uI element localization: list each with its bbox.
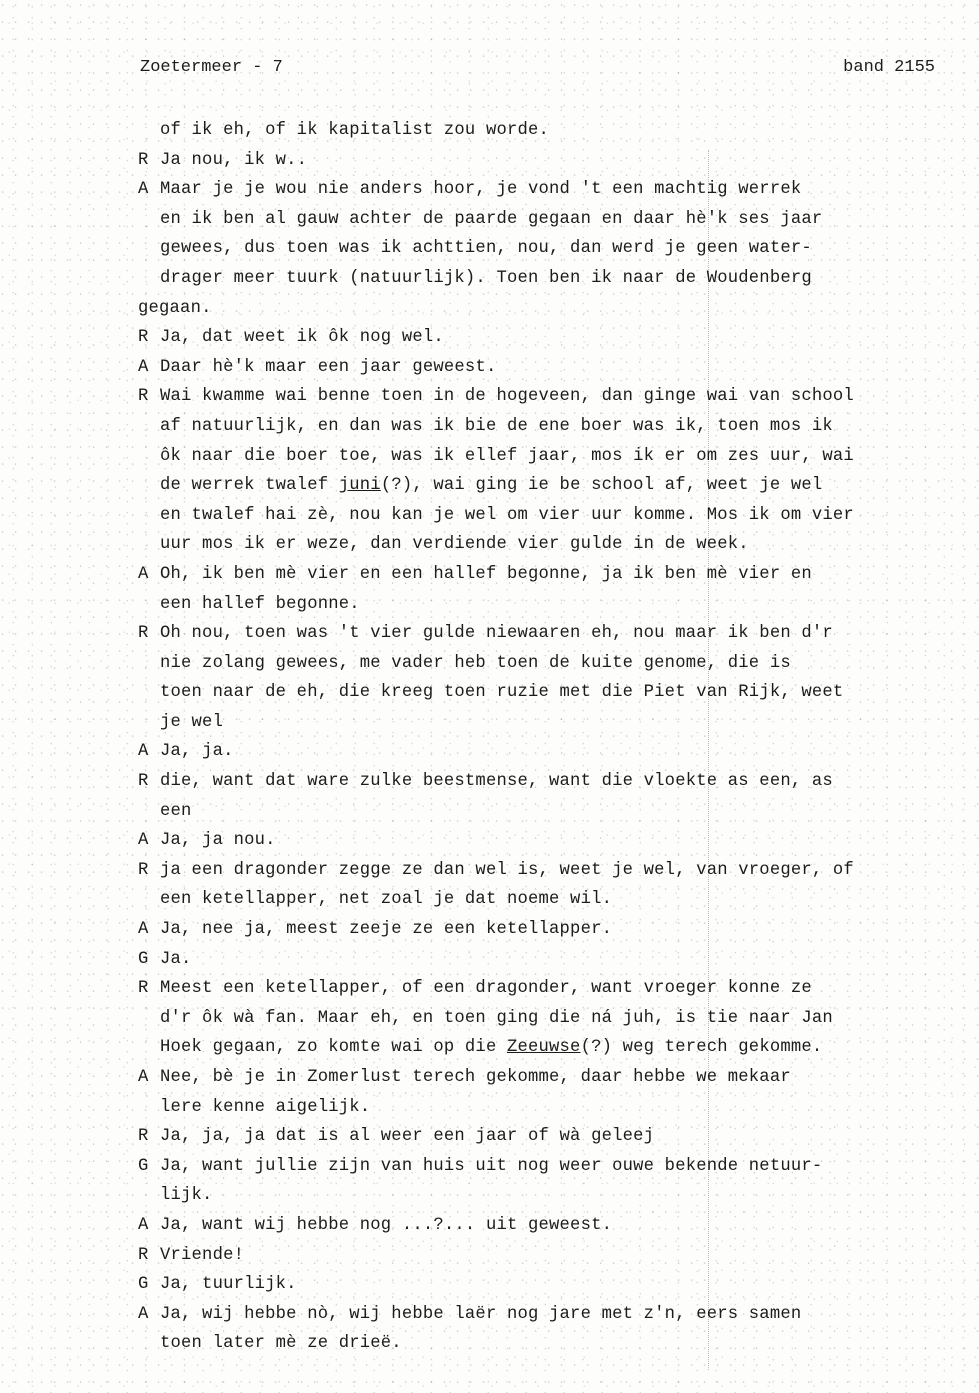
line-text: een hallef begonne. [138, 595, 360, 614]
transcript-line: AJa, ja. [138, 737, 978, 767]
line-text: Ja, nee ja, meest zeeje ze een ketellapp… [160, 920, 612, 939]
line-text: Oh, ik ben mè vier en een hallef begonne… [160, 565, 812, 584]
line-text: een [138, 802, 192, 821]
transcript-line: ADaar hè'k maar een jaar geweest. [138, 353, 978, 383]
speaker-label: R [138, 382, 160, 412]
line-text: die, want dat ware zulke beestmense, wan… [160, 772, 833, 791]
transcript-body: of ik eh, of ik kapitalist zou worde.RJa… [138, 116, 978, 1359]
transcript-line: AJa, nee ja, meest zeeje ze een ketellap… [138, 915, 978, 945]
transcript-line: AJa, ja nou. [138, 826, 978, 856]
line-text: en ik ben al gauw achter de paarde gegaa… [138, 210, 822, 229]
transcript-line: Rdie, want dat ware zulke beestmense, wa… [138, 767, 978, 797]
transcript-line: drager meer tuurk (natuurlijk). Toen ben… [138, 264, 978, 294]
line-text: Ja, ja, ja dat is al weer een jaar of wà… [160, 1127, 654, 1146]
line-text: Ja, want wij hebbe nog ...?... uit gewee… [160, 1216, 612, 1235]
transcript-line: RWai kwamme wai benne toen in de hogevee… [138, 382, 978, 412]
speaker-label: R [138, 767, 160, 797]
tape-number: band 2155 [843, 58, 935, 77]
line-text: gewees, dus toen was ik achttien, nou, d… [138, 239, 812, 258]
line-text: Ja nou, ik w.. [160, 151, 307, 170]
transcript-line: lijk. [138, 1181, 978, 1211]
speaker-label: R [138, 1122, 160, 1152]
transcript-line: of ik eh, of ik kapitalist zou worde. [138, 116, 978, 146]
transcript-line: en ik ben al gauw achter de paarde gegaa… [138, 205, 978, 235]
transcript-line: een [138, 797, 978, 827]
transcript-line: GJa, tuurlijk. [138, 1270, 978, 1300]
speaker-label: R [138, 323, 160, 353]
transcript-line: RVriende! [138, 1241, 978, 1271]
line-text: nie zolang gewees, me vader heb toen de … [138, 654, 791, 673]
speaker-label: G [138, 945, 160, 975]
page-header: Zoetermeer - 7 band 2155 [140, 58, 935, 77]
line-text: uur mos ik er weze, dan verdiende vier g… [138, 535, 749, 554]
speaker-label: A [138, 353, 160, 383]
speaker-label: R [138, 856, 160, 886]
transcript-line: gewees, dus toen was ik achttien, nou, d… [138, 234, 978, 264]
transcript-line: en twalef hai zè, nou kan je wel om vier… [138, 501, 978, 531]
line-text: Oh nou, toen was 't vier gulde niewaaren… [160, 624, 833, 643]
transcript-line: AOh, ik ben mè vier en een hallef begonn… [138, 560, 978, 590]
line-text: ôk naar die boer toe, was ik ellef jaar,… [138, 447, 854, 466]
line-text: lere kenne aigelijk. [138, 1098, 370, 1117]
speaker-label: R [138, 974, 160, 1004]
line-text: Ja, wij hebbe nò, wij hebbe laër nog jar… [160, 1305, 801, 1324]
line-text: toen later mè ze drieë. [138, 1334, 402, 1353]
speaker-label: A [138, 915, 160, 945]
speaker-label: A [138, 826, 160, 856]
line-text: gegaan. [138, 299, 212, 318]
line-text: Ja, ja. [160, 742, 234, 761]
line-text: Ja, tuurlijk. [160, 1275, 297, 1294]
transcript-line: lere kenne aigelijk. [138, 1093, 978, 1123]
speaker-label: A [138, 175, 160, 205]
transcript-line: GJa. [138, 945, 978, 975]
transcript-line: je wel [138, 708, 978, 738]
transcript-line: toen naar de eh, die kreeg toen ruzie me… [138, 678, 978, 708]
speaker-label: G [138, 1270, 160, 1300]
speaker-label: A [138, 1063, 160, 1093]
line-text: Ja, ja nou. [160, 831, 276, 850]
transcript-line: nie zolang gewees, me vader heb toen de … [138, 649, 978, 679]
transcript-line: RJa nou, ik w.. [138, 146, 978, 176]
transcript-line: RMeest een ketellapper, of een dragonder… [138, 974, 978, 1004]
line-text: Wai kwamme wai benne toen in de hogeveen… [160, 387, 854, 406]
transcript-line: AMaar je je wou nie anders hoor, je vond… [138, 175, 978, 205]
line-text: ja een dragonder zegge ze dan wel is, we… [160, 861, 854, 880]
line-text: Ja, dat weet ik ôk nog wel. [160, 328, 444, 347]
transcript-line: toen later mè ze drieë. [138, 1329, 978, 1359]
line-text: drager meer tuurk (natuurlijk). Toen ben… [138, 269, 812, 288]
transcript-line: af natuurlijk, en dan was ik bie de ene … [138, 412, 978, 442]
line-text: Ja, want jullie zijn van huis uit nog we… [160, 1157, 822, 1176]
line-text: Vriende! [160, 1246, 244, 1265]
transcript-line: AJa, want wij hebbe nog ...?... uit gewe… [138, 1211, 978, 1241]
speaker-label: R [138, 1241, 160, 1271]
line-text: Hoek gegaan, zo komte wai op die Zeeuwse… [138, 1038, 822, 1057]
transcript-line: AJa, wij hebbe nò, wij hebbe laër nog ja… [138, 1300, 978, 1330]
transcript-line: gegaan. [138, 294, 978, 324]
transcript-line: een ketellapper, net zoal je dat noeme w… [138, 885, 978, 915]
transcript-line: d'r ôk wà fan. Maar eh, en toen ging die… [138, 1004, 978, 1034]
line-text: af natuurlijk, en dan was ik bie de ene … [138, 417, 833, 436]
transcript-line: RJa, ja, ja dat is al weer een jaar of w… [138, 1122, 978, 1152]
line-text: Daar hè'k maar een jaar geweest. [160, 358, 496, 377]
transcript-line: ANee, bè je in Zomerlust terech gekomme,… [138, 1063, 978, 1093]
speaker-label: R [138, 146, 160, 176]
speaker-label: A [138, 737, 160, 767]
line-text: Ja. [160, 950, 192, 969]
transcript-line: de werrek twalef juni(?), wai ging ie be… [138, 471, 978, 501]
document-title: Zoetermeer - 7 [140, 58, 283, 77]
line-text: en twalef hai zè, nou kan je wel om vier… [138, 506, 854, 525]
line-text: een ketellapper, net zoal je dat noeme w… [138, 890, 612, 909]
line-text: Meest een ketellapper, of een dragonder,… [160, 979, 812, 998]
transcript-line: uur mos ik er weze, dan verdiende vier g… [138, 530, 978, 560]
transcript-line: RJa, dat weet ik ôk nog wel. [138, 323, 978, 353]
transcript-line: GJa, want jullie zijn van huis uit nog w… [138, 1152, 978, 1182]
line-text: of ik eh, of ik kapitalist zou worde. [138, 121, 549, 140]
transcript-line: Hoek gegaan, zo komte wai op die Zeeuwse… [138, 1033, 978, 1063]
transcript-line: Rja een dragonder zegge ze dan wel is, w… [138, 856, 978, 886]
speaker-label: R [138, 619, 160, 649]
speaker-label: G [138, 1152, 160, 1182]
line-text: lijk. [138, 1186, 213, 1205]
line-text: de werrek twalef juni(?), wai ging ie be… [138, 476, 822, 495]
line-text: je wel [138, 713, 223, 732]
line-text: Maar je je wou nie anders hoor, je vond … [160, 180, 801, 199]
line-text: d'r ôk wà fan. Maar eh, en toen ging die… [138, 1009, 833, 1028]
transcript-line: ROh nou, toen was 't vier gulde niewaare… [138, 619, 978, 649]
speaker-label: A [138, 1211, 160, 1241]
line-text: toen naar de eh, die kreeg toen ruzie me… [138, 683, 843, 702]
transcript-line: ôk naar die boer toe, was ik ellef jaar,… [138, 442, 978, 472]
speaker-label: A [138, 1300, 160, 1330]
speaker-label: A [138, 560, 160, 590]
transcript-line: een hallef begonne. [138, 590, 978, 620]
line-text: Nee, bè je in Zomerlust terech gekomme, … [160, 1068, 791, 1087]
